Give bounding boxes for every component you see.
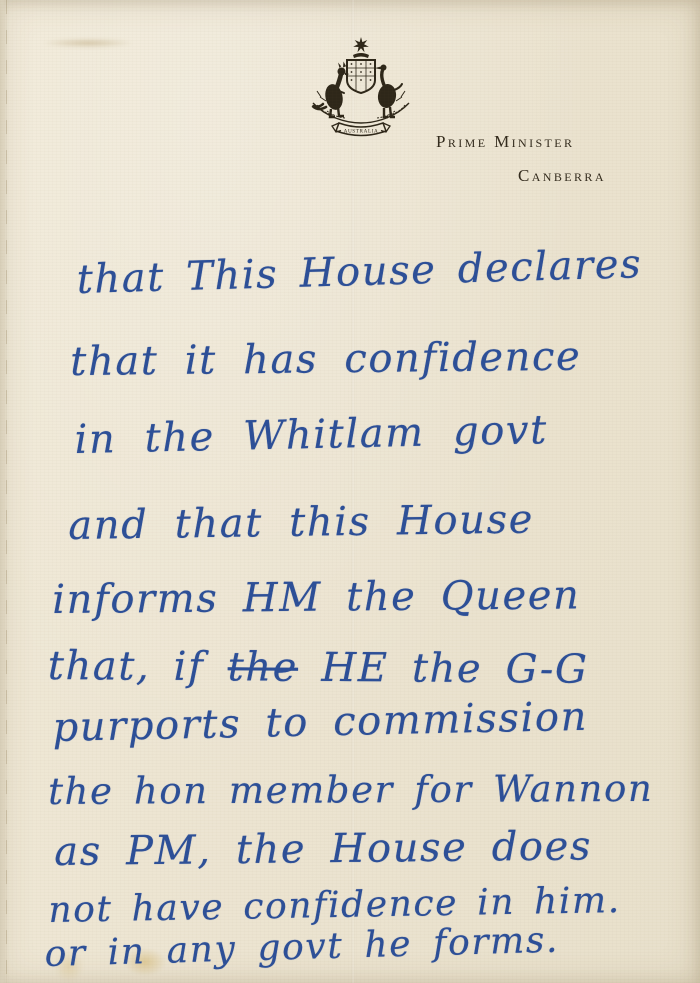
shield [347,60,375,93]
australia-scroll-text: AUSTRALIA [344,129,379,135]
handwritten-line-3: in the Whitlam govt [74,404,548,466]
commonwealth-star-icon [353,37,369,52]
handwritten-line-7: purports to commission [52,691,588,754]
emu-silhouette [375,65,403,118]
line-6-pre: that, if [48,643,228,690]
australia-scroll: AUSTRALIA [332,123,390,136]
handwritten-line-8: the hon member for Wannon [48,765,653,816]
handwritten-line-6: that, if the HE the G-G [48,640,589,696]
letterhead-city: Canberra [518,166,606,186]
handwritten-line-2: that it has confidence [70,331,582,388]
australian-coat-of-arms: AUSTRALIA [301,34,421,140]
letter-page: AUSTRALIA Prime Minister Canberra that T… [0,0,700,983]
paper-deckled-edge [0,0,8,983]
handwritten-line-4: and that this House [68,493,534,551]
crest-wreath [353,53,369,58]
handwritten-line-9: as PM, the House does [54,820,592,878]
handwritten-line-5: informs HM the Queen [52,569,581,626]
struck-word: the [228,644,299,690]
ink-smudge [42,38,134,48]
line-6-post: HE the G-G [298,645,589,693]
letterhead-office: Prime Minister [436,132,574,152]
handwritten-line-1: that This House declares [76,238,643,306]
